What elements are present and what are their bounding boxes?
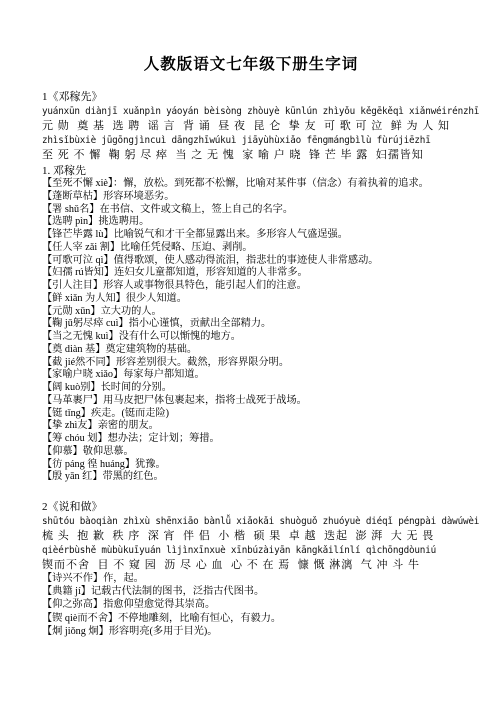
definition-line: 【引人注目】形容人或事物很具特色，能引起人们的注意。 — [42, 280, 460, 293]
hanzi-row: 锲而不舍 目 不 窥 园 沥 尽 心 血 心 不 在 焉 慷 慨 淋漓 气 冲 … — [42, 558, 460, 573]
lesson-subheading: 1. 邓稼先 — [42, 164, 460, 178]
definition-line: 【锲 qiè而不舍】不停地雕刻，比喻有恒心，有毅力。 — [42, 612, 460, 625]
definition-line: 【可歌可泣 qì】值得歌颂，使人感动得流泪，指悲壮的事迹使人非常感动。 — [42, 255, 460, 268]
definition-line: 【奠 diàn 基】奠定建筑物的基础。 — [42, 344, 460, 357]
definition-line: 【当之无愧 kuì】没有什么可以惭愧的地方。 — [42, 331, 460, 344]
definition-line: 【截 jié然不同】形容差别很大。截然，形容界限分明。 — [42, 357, 460, 370]
lesson-section-2: 2《说和做》 shūtóu bàoqiàn zhìxù shēnxiāo bàn… — [42, 500, 460, 638]
definition-line: 【鲜 xiǎn 为人知】很少人知道。 — [42, 293, 460, 306]
definition-line: 【任人宰 zǎi 割】比喻任凭侵略、压迫、剥削。 — [42, 242, 460, 255]
document-title: 人教版语文七年级下册生字词 — [42, 54, 460, 76]
definition-line: 【炯 jiǒng 炯】形容明亮(多用于目光)。 — [42, 625, 460, 638]
pinyin-row: zhìsǐbùxiè jūgōngjìncuì dāngzhīwúkuì jiā… — [42, 134, 460, 148]
document-page: 人教版语文七年级下册生字词 1《邓稼先》 yuánxūn diànjī xuǎn… — [0, 0, 496, 702]
definition-line: 【署 shǔ名】在书信、文件或文稿上，签上自己的名字。 — [42, 204, 460, 217]
lesson-section-1: 1《邓稼先》 yuánxūn diànjī xuǎnpìn yáoyán bèi… — [42, 90, 460, 484]
section-heading: 2《说和做》 — [42, 500, 460, 515]
definition-line: 【铤 tǐng】疾走。(铤而走险) — [42, 408, 460, 421]
definition-line: 【选聘 pìn】挑选聘用。 — [42, 216, 460, 229]
definition-line: 【殷 yān 红】带黑的红色。 — [42, 471, 460, 484]
definition-line: 【挚 zhì友】亲密的朋友。 — [42, 420, 460, 433]
definition-line: 【鞠 jū躬尽瘁 cuì】指小心谨慎，贡献出全部精力。 — [42, 318, 460, 331]
hanzi-row: 元 勋 奠 基 选 聘 谣 言 背 诵 昼 夜 昆 仑 挚 友 可 歌 可 泣 … — [42, 119, 460, 134]
definition-line: 【仰慕】敬仰思慕。 — [42, 446, 460, 459]
hanzi-row: 梳 头 抱 歉 秩 序 深 宵 伴 侣 小 楷 硕 果 卓 越 迭起 澎 湃 大… — [42, 529, 460, 544]
definition-line: 【妇孺 rú皆知】连妇女儿童都知道，形容知道的人非常多。 — [42, 267, 460, 280]
definition-line: 【至死不懈 xiè】：懈，放松。到死都不松懈，比喻对某件事（信念）有着执着的追求… — [42, 178, 460, 191]
definition-line: 【诗兴不作】作，起。 — [42, 572, 460, 585]
section-heading: 1《邓稼先》 — [42, 90, 460, 105]
definition-line: 【阔 kuò别】长时间的分别。 — [42, 382, 460, 395]
section-gap — [42, 484, 460, 500]
definition-line: 【蓬断草枯】形容环境恶劣。 — [42, 191, 460, 204]
definition-line: 【彷 páng 徨 huáng】犹豫。 — [42, 459, 460, 472]
hanzi-row: 至 死 不 懈 鞠 躬 尽 瘁 当 之 无 愧 家 喻 户 晓 锋 芒 毕 露 … — [42, 148, 460, 163]
pinyin-row: yuánxūn diànjī xuǎnpìn yáoyán bèisòng zh… — [42, 105, 460, 119]
definition-line: 【家喻户晓 xiǎo】每家每户都知道。 — [42, 369, 460, 382]
definition-line: 【仰之弥高】指愈仰望愈觉得其崇高。 — [42, 598, 460, 611]
pinyin-row: qièérbùshě mùbùkuīyuán lìjìnxīnxuè xīnbú… — [42, 544, 460, 558]
definition-line: 【马革裹尸】用马皮把尸体包裹起来，指将士战死于战场。 — [42, 395, 460, 408]
definition-line: 【锋芒毕露 lù】比喻锐气和才干全都显露出来。多形容人气盛逞强。 — [42, 229, 460, 242]
definition-line: 【元勋 xūn】立大功的人。 — [42, 306, 460, 319]
definition-line: 【典籍 jí】记载古代法制的图书，泛指古代图书。 — [42, 585, 460, 598]
definition-line: 【筹 chóu 划】想办法；定计划；筹措。 — [42, 433, 460, 446]
pinyin-row: shūtóu bàoqiàn zhìxù shēnxiāo bànlǚ xiǎo… — [42, 515, 460, 529]
